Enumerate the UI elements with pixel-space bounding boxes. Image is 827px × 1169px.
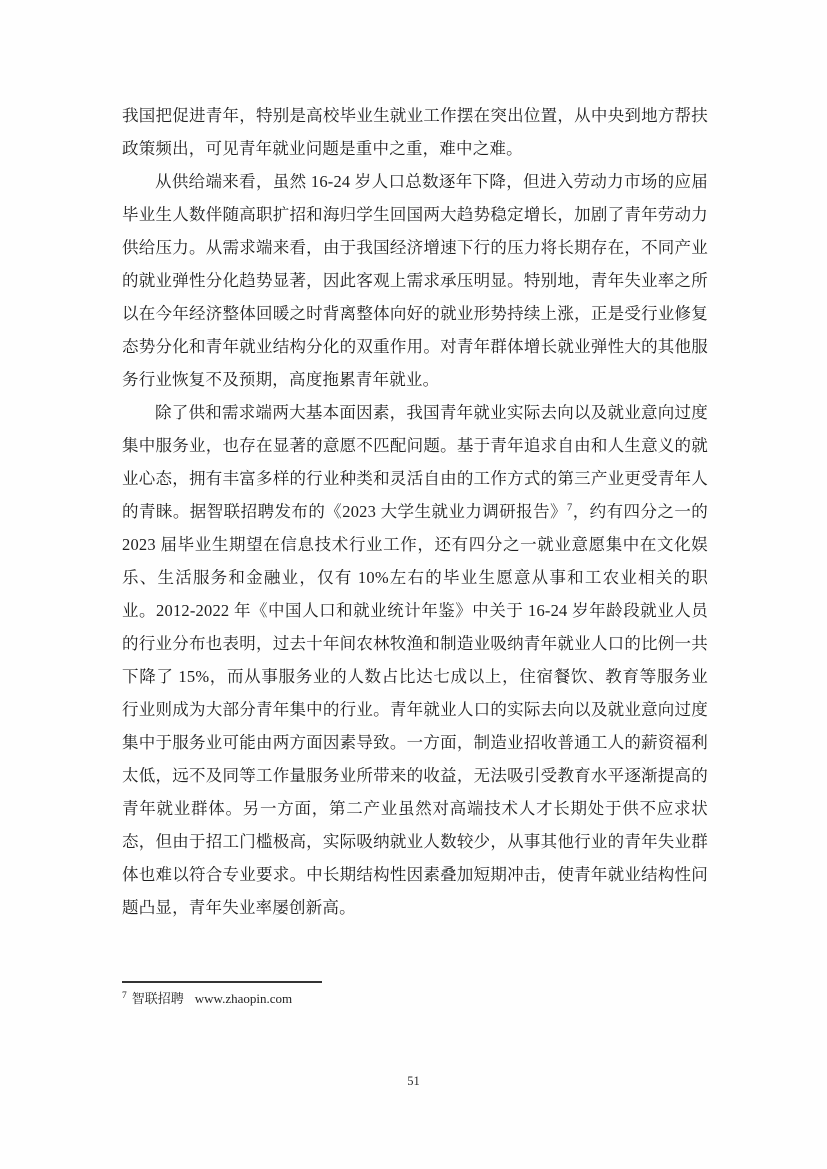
footnote: 7智联招聘www.zhaopin.com (122, 989, 708, 1009)
footnote-url-text: www.zhaopin.com (195, 991, 292, 1006)
footnote-source-text: 智联招聘 (132, 991, 184, 1006)
page-body: 我国把促进青年，特别是高校毕业生就业工作摆在突出位置，从中央到地方帮扶政策频出，… (122, 99, 708, 924)
page-number: 51 (0, 1074, 827, 1089)
document-page: 我国把促进青年，特别是高校毕业生就业工作摆在突出位置，从中央到地方帮扶政策频出，… (0, 0, 827, 1169)
paragraph-3: 除了供和需求端两大基本面因素，我国青年就业实际去向以及就业意向过度集中服务业，也… (122, 396, 708, 924)
paragraph-2: 从供给端来看，虽然 16-24 岁人口总数逐年下降，但进入劳动力市场的应届毕业生… (122, 165, 708, 396)
footnote-separator-rule (122, 981, 322, 983)
paragraph-1: 我国把促进青年，特别是高校毕业生就业工作摆在突出位置，从中央到地方帮扶政策频出，… (122, 99, 708, 165)
paragraph-3-text-continued: ，约有四分之一的 2023 届毕业生期望在信息技术行业工作，还有四分之一就业意愿… (122, 502, 708, 917)
footnote-marker: 7 (122, 991, 127, 1001)
footnote-area: 7智联招聘www.zhaopin.com (122, 981, 708, 1009)
